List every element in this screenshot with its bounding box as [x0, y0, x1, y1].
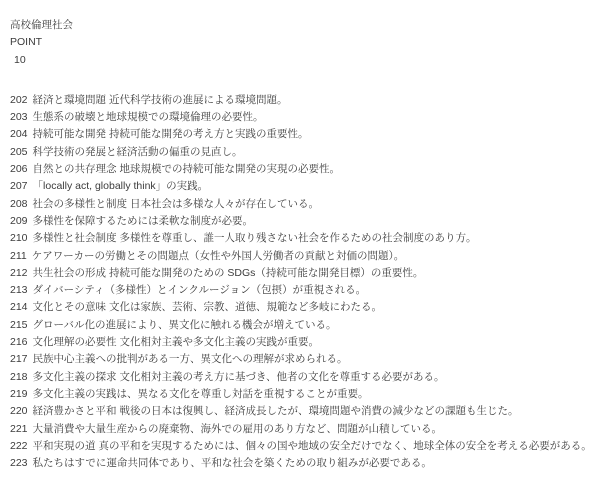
- point-line: 207「locally act, globally think」の実践。: [10, 178, 594, 195]
- point-line: 223私たちはすでに運命共同体であり、平和な社会を築くための取り組みが必要である…: [10, 455, 594, 472]
- point-text: 社会の多様性と制度 日本社会は多様な人々が存在している。: [33, 198, 319, 210]
- point-line: 216文化理解の必要性 文化相対主義や多文化主義の実践が重要。: [10, 334, 594, 351]
- point-line: 209多様性を保障するためには柔軟な制度が必要。: [10, 213, 594, 230]
- point-line: 217民族中心主義への批判がある一方、異文化への理解が求められる。: [10, 351, 594, 368]
- point-text: グローバル化の進展により、異文化に触れる機会が増えている。: [33, 319, 337, 331]
- point-line: 204持続可能な開発 持続可能な開発の考え方と実践の重要性。: [10, 126, 594, 143]
- point-line: 202経済と環境問題 近代科学技術の進展による環境問題。: [10, 92, 594, 109]
- point-number: 202: [10, 94, 28, 106]
- point-text: 民族中心主義への批判がある一方、異文化への理解が求められる。: [33, 353, 348, 365]
- point-number: 216: [10, 336, 28, 348]
- point-line: 221大量消費や大量生産からの廃棄物、海外での雇用のあり方など、問題が山積してい…: [10, 421, 594, 438]
- points-list: 202経済と環境問題 近代科学技術の進展による環境問題。 203生態系の破壊と地…: [10, 92, 594, 473]
- point-text: 平和実現の道 真の平和を実現するためには、個々の国や地域の安全だけでなく、地球全…: [33, 440, 592, 452]
- point-text: 経済豊かさと平和 戦後の日本は復興し、経済成長したが、環境問題や消費の減少などの…: [33, 405, 519, 417]
- point-line: 220経済豊かさと平和 戦後の日本は復興し、経済成長したが、環境問題や消費の減少…: [10, 403, 594, 420]
- point-line: 214文化とその意味 文化は家族、芸術、宗教、道徳、規範など多岐にわたる。: [10, 299, 594, 316]
- point-line: 210多様性と社会制度 多様性を尊重し、誰一人取り残さない社会を作るための社会制…: [10, 230, 594, 247]
- point-text: 多様性と社会制度 多様性を尊重し、誰一人取り残さない社会を作るための社会制度のあ…: [33, 232, 477, 244]
- point-line: 215グローバル化の進展により、異文化に触れる機会が増えている。: [10, 317, 594, 334]
- document-header: 高校倫理社会 POINT 10: [10, 17, 594, 69]
- point-number: 208: [10, 198, 28, 210]
- point-text: 多様性を保障するためには柔軟な制度が必要。: [33, 215, 254, 227]
- point-text: 「locally act, globally think」の実践。: [33, 180, 209, 192]
- document-title: 高校倫理社会: [10, 17, 594, 34]
- point-number: 207: [10, 180, 28, 192]
- point-number: 219: [10, 388, 28, 400]
- point-number: 205: [10, 146, 28, 158]
- point-number: 204: [10, 128, 28, 140]
- point-text: 多文化主義の探求 文化相対主義の考え方に基づき、他者の文化を尊重する必要がある。: [33, 371, 445, 383]
- page-number: 10: [10, 52, 594, 69]
- point-number: 221: [10, 423, 28, 435]
- point-number: 214: [10, 301, 28, 313]
- point-text: ケアワーカーの労働とその問題点（女性や外国人労働者の貢献と対価の問題）。: [32, 250, 405, 262]
- point-text: 経済と環境問題 近代科学技術の進展による環境問題。: [33, 94, 288, 106]
- point-text: 共生社会の形成 持続可能な開発のための SDGs（持続可能な開発目標）の重要性。: [33, 267, 424, 279]
- point-text: ダイバーシティ（多様性）とインクルージョン（包摂）が重視される。: [33, 284, 367, 296]
- point-text: 文化とその意味 文化は家族、芸術、宗教、道徳、規範など多岐にわたる。: [33, 301, 382, 313]
- point-number: 222: [10, 440, 28, 452]
- point-number: 211: [10, 250, 27, 262]
- point-text: 私たちはすでに運命共同体であり、平和な社会を築くための取り組みが必要である。: [33, 457, 432, 469]
- point-text: 生態系の破壊と地球規模での環境倫理の必要性。: [33, 111, 264, 123]
- point-text: 多文化主義の実践は、異なる文化を尊重し対話を重視することが重要。: [33, 388, 369, 400]
- point-line: 219多文化主義の実践は、異なる文化を尊重し対話を重視することが重要。: [10, 386, 594, 403]
- point-line: 213ダイバーシティ（多様性）とインクルージョン（包摂）が重視される。: [10, 282, 594, 299]
- point-line: 206自然との共存理念 地球規模での持続可能な開発の実現の必要性。: [10, 161, 594, 178]
- point-text: 科学技術の発展と経済活動の偏重の見直し。: [33, 146, 243, 158]
- point-number: 217: [10, 353, 28, 365]
- point-line: 203生態系の破壊と地球規模での環境倫理の必要性。: [10, 109, 594, 126]
- point-number: 210: [10, 232, 28, 244]
- point-number: 209: [10, 215, 28, 227]
- point-number: 206: [10, 163, 28, 175]
- point-number: 220: [10, 405, 28, 417]
- point-text: 大量消費や大量生産からの廃棄物、海外での雇用のあり方など、問題が山積している。: [33, 423, 443, 435]
- point-text: 文化理解の必要性 文化相対主義や多文化主義の実践が重要。: [33, 336, 319, 348]
- point-line: 222平和実現の道 真の平和を実現するためには、個々の国や地域の安全だけでなく、…: [10, 438, 594, 455]
- point-line: 208社会の多様性と制度 日本社会は多様な人々が存在している。: [10, 196, 594, 213]
- document-subtitle: POINT: [10, 34, 594, 51]
- point-line: 218多文化主義の探求 文化相対主義の考え方に基づき、他者の文化を尊重する必要が…: [10, 369, 594, 386]
- point-line: 211ケアワーカーの労働とその問題点（女性や外国人労働者の貢献と対価の問題）。: [10, 248, 594, 265]
- point-number: 218: [10, 371, 28, 383]
- point-text: 自然との共存理念 地球規模での持続可能な開発の実現の必要性。: [33, 163, 340, 175]
- point-number: 212: [10, 267, 28, 279]
- document-page: 高校倫理社会 POINT 10 202経済と環境問題 近代科学技術の進展による環…: [0, 0, 600, 485]
- point-line: 205科学技術の発展と経済活動の偏重の見直し。: [10, 144, 594, 161]
- point-number: 213: [10, 284, 28, 296]
- point-number: 223: [10, 457, 28, 469]
- point-line: 212共生社会の形成 持続可能な開発のための SDGs（持続可能な開発目標）の重…: [10, 265, 594, 282]
- point-number: 203: [10, 111, 28, 123]
- point-number: 215: [10, 319, 28, 331]
- point-text: 持続可能な開発 持続可能な開発の考え方と実践の重要性。: [33, 128, 309, 140]
